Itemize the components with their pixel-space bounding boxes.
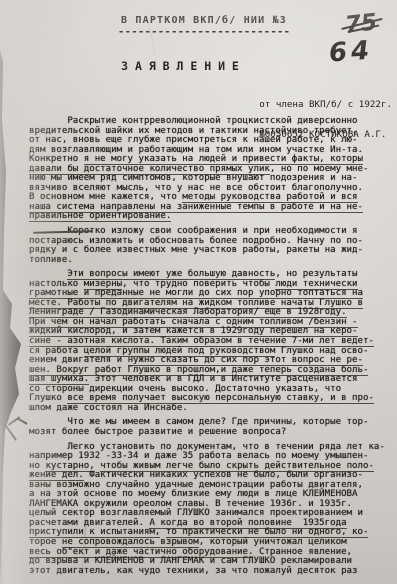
page-number-crossed-out: 75 (344, 9, 379, 38)
paragraph: Что же мы имеем в самом деле? Где причин… (29, 418, 395, 437)
text-line: шлом даже состоял на Инснабе. (29, 404, 395, 414)
scanned-document-page: В ПАРТКОМ ВКП/б/ НИИ №3 ----------------… (0, 0, 397, 584)
document-body: Раскрытие контрреволюционной троцкистско… (29, 117, 395, 581)
addressee-underline: -------------------------- (58, 25, 350, 38)
paragraph: Коротко изложу свои соображения и при не… (29, 227, 395, 265)
page-number-handwritten: 64 (328, 35, 374, 68)
text-line: правильное ориентирование. (29, 212, 395, 222)
text-line: этот двигатель, как чудо техники, за что… (29, 567, 395, 577)
sender-line-membership: от члена ВКП/б/ с 1922г. (259, 100, 392, 110)
margin-caret-mark (16, 417, 27, 425)
paragraph: Легко установить по документам, что в те… (29, 443, 395, 577)
text-line: рядку и с более известных мне участков р… (29, 246, 395, 256)
paragraph: Раскрытие контрреволюционной троцкистско… (29, 117, 395, 222)
document-title: З А Я В Л Е Н И Е (44, 59, 316, 73)
scan-edge-artifact (0, 0, 28, 584)
margin-stroke-mark (5, 425, 17, 441)
text-line: топливе. (29, 256, 395, 266)
paragraph: Эти вопросы имеют уже большую давность, … (29, 270, 395, 413)
text-line: мозят более быстрое развитие и решение в… (29, 428, 395, 438)
